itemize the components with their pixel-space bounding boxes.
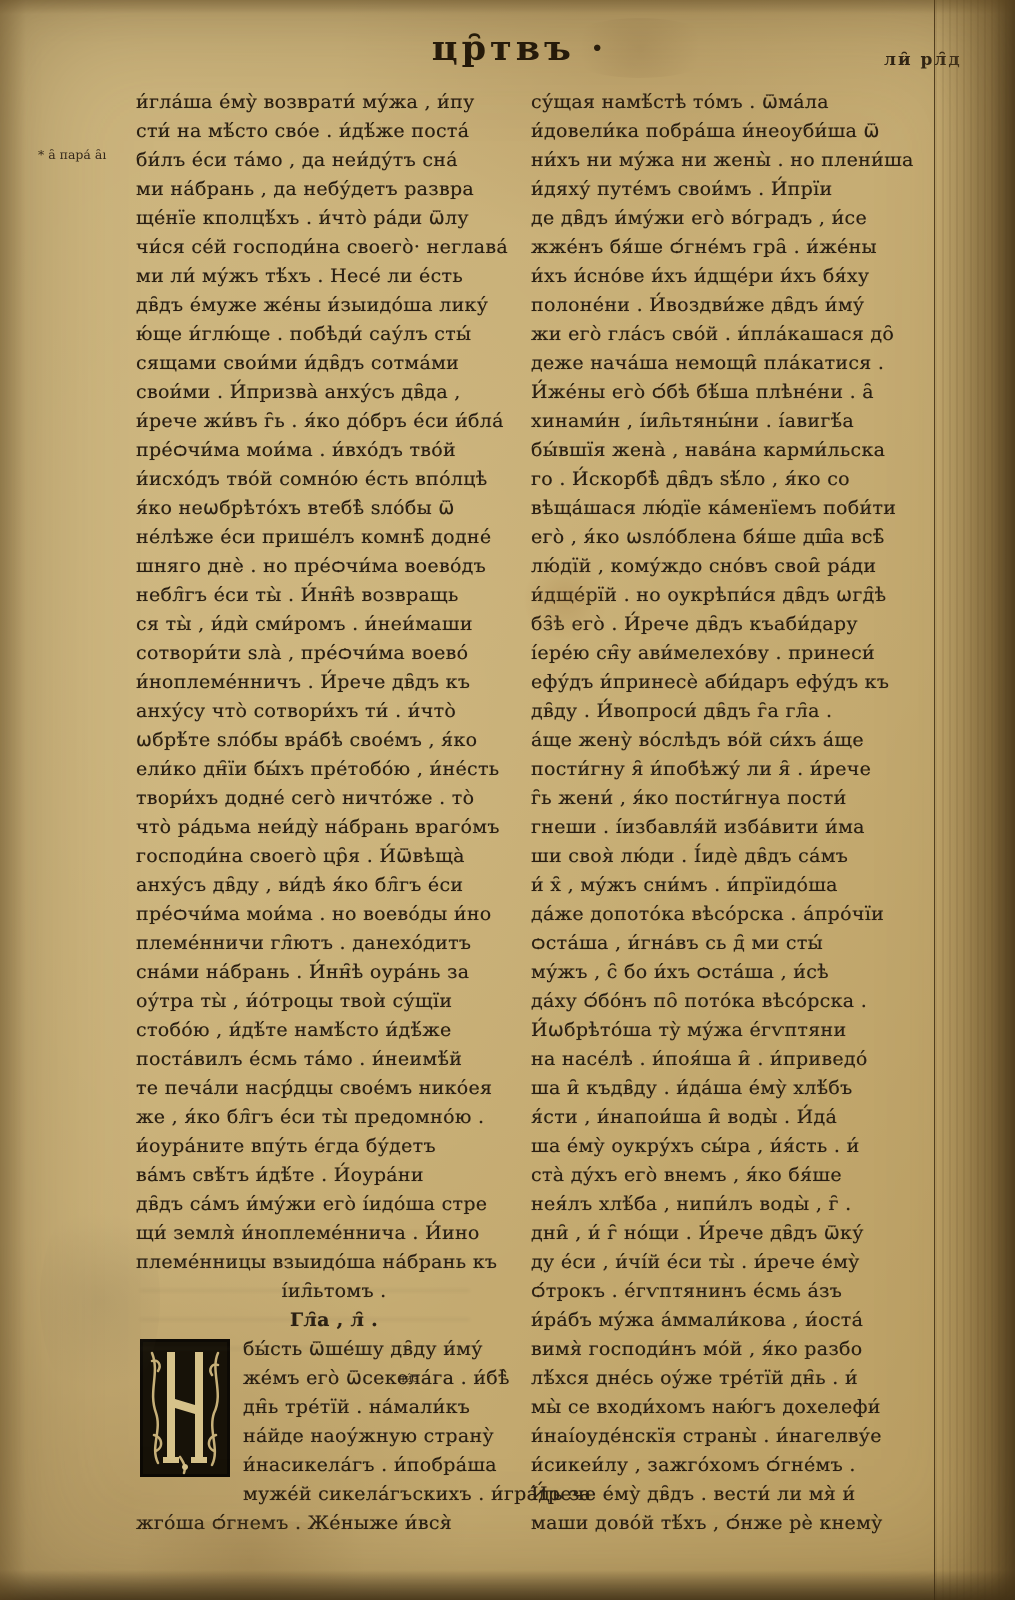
section-end-line: і́ил̑ьтомъ .	[136, 1277, 532, 1306]
text-column-left: и́гла́ша е́му̀ возврати́ му́жа , и́пусти…	[136, 88, 532, 1538]
text-line: племе́нничи гл̑ютъ . данехо́дитъ	[136, 929, 532, 958]
text-line: бз̑ѣ его̀ . И́рече дв̑дъ къаби́дару	[531, 610, 927, 639]
text-line: ѻ́трокъ . е́гѵптянинъ е́смь а́зъ	[531, 1277, 927, 1306]
text-line: шняго днѐ . но пре́ѻчи́ма воево́дъ	[136, 552, 532, 581]
text-line: ша и̑ къдв̑ду . и́да́ша е́му̀ хлѣ́бъ	[531, 1074, 927, 1103]
text-line: И́же́ны его̀ ѻ́бѣ бѣ́ша плѣне́ни . а̑	[531, 378, 927, 407]
text-line: ели́ко дн̑їи бы́хъ пре́тобо́ю , и́не́сть	[136, 755, 532, 784]
text-line: пре́ѻчи́ма мои́ма . но воево́ды и́но	[136, 900, 532, 929]
text-line: лѣ́хся дне́сь оу́же тре́тїй дн̑ь . и́	[531, 1364, 927, 1393]
text-line: ни́хъ ни му́жа ни жены̀ . но плени́ша	[531, 146, 927, 175]
text-line: небл̑гъ е́си ты̀ . И́нн̑ѣ возвращь	[136, 581, 532, 610]
text-line: ши своя̀ лю́ди . І́идѐ дв̑дъ са́мъ	[531, 842, 927, 871]
text-line: и́наі́оуде́нскїя страны̀ . и́нагелву́е	[531, 1422, 927, 1451]
text-line: жи его̀ гла́съ сво́й . и́пла́кашася до̑	[531, 320, 927, 349]
text-line: и́дяху́ путе́мъ свои́мъ . И́прїи	[531, 175, 927, 204]
text-line: муже́й сикела́гъскихъ . и́гра́дъ за	[136, 1480, 532, 1509]
text-line: ду е́си , и́чі́й е́си ты̀ . и́рече е́му̀	[531, 1248, 927, 1277]
page-edge-bottom	[0, 1570, 1015, 1600]
page-edge-right	[934, 0, 1015, 1600]
text-line: де дв̑дъ и́му́жи его̀ во́градъ , и́се	[531, 204, 927, 233]
text-line: и́гла́ша е́му̀ возврати́ му́жа , и́пу	[136, 88, 532, 117]
text-line: свои́ми . И́призва̀ анху́съ дв̑да ,	[136, 378, 532, 407]
right-column-lines: су́щая намѣ́стѣ то́мъ . ѿма́лаи́довели́к…	[531, 88, 927, 1538]
running-title: цр̑твъ ·	[12, 28, 1015, 69]
text-line: деже нача́ша немощи̑ пла́катися .	[531, 349, 927, 378]
text-line: лю́дїй , кому́ждо сно́въ свои̑ ра́ди	[531, 552, 927, 581]
text-line: сна́ми на́брань . И́нн̑ѣ оура́нь за	[136, 958, 532, 987]
text-line: вѣща́шася лю́дїе ка́менїемъ поби́ти	[531, 494, 927, 523]
text-line: я́ко неѡбрѣто́хъ втебѣ̀ ѕло́бы ѿ	[136, 494, 532, 523]
text-line: и́дще́рїй . но оукрѣпи́ся дв̑дъ ѡгд̑ѣ	[531, 581, 927, 610]
text-line: и́рече жи́въ г̑ь . я́ко до́бръ е́си и́бл…	[136, 407, 532, 436]
text-line: твори́хъ додне́ сего̀ ничто́же . то̀	[136, 784, 532, 813]
text-line: дв̑дъ са́мъ и́му́жи его̀ і́идо́ша стре	[136, 1190, 532, 1219]
text-line: племе́нницы взыидо́ша на́брань къ	[136, 1248, 532, 1277]
text-line: сящами свои́ми и́дв̑дъ сотма́ми	[136, 349, 532, 378]
margin-cross-reference: * а̑ пара́ а̑ı	[38, 147, 106, 162]
text-line: поста́вилъ е́смь та́мо . и́неимѣ́й	[136, 1045, 532, 1074]
text-line: ю́ще и́глю́ще . побѣди́ сау́лъ сты́	[136, 320, 532, 349]
page-edge-left	[0, 0, 26, 1600]
text-line: хинами́н , і́ил̑ьтяны́ни . і́авигѣ́а	[531, 407, 927, 436]
text-line: ста̀ ду́хъ его̀ внемъ , я́ко бя́ше	[531, 1161, 927, 1190]
text-line: и́ноплеме́нничъ . И́рече дв̑дъ къ	[136, 668, 532, 697]
text-line: сотвори́ти ѕла̀ , пре́ѻчи́ма воево́	[136, 639, 532, 668]
text-line: анху́су что̀ сотвори́хъ ти́ . и́что̀	[136, 697, 532, 726]
text-line: а́ще жену̀ во́слѣдъ во́й си́хъ а́ще	[531, 726, 927, 755]
text-line: и́довели́ка побра́ша и́неоуби́ша ѿ	[531, 117, 927, 146]
text-line: не́лѣже е́си прише́лъ комнѣ̑ додне́	[136, 523, 532, 552]
text-line: го . И́скорбѣ̀ дв̑дъ ѕѣ́ло , я́ко со	[531, 465, 927, 494]
text-line: да́же допото́ка вѣсо́рска . а́про́чїи	[531, 900, 927, 929]
text-line: господи́на своего̀ цр̑я . И́ѿвѣща̀	[136, 842, 532, 871]
text-line: да́ху ѻ́бо́нъ по̑ пото́ка вѣсо́рска .	[531, 987, 927, 1016]
text-line: полоне́ни . И́воздви́же дв̑дъ и́му́	[531, 291, 927, 320]
text-line: г̑ь жени́ , я́ко пости́гнуа пости́	[531, 784, 927, 813]
text-line: И́ѡбрѣто́ша ту̀ му́жа е́гѵптяни	[531, 1016, 927, 1045]
text-line: пре́ѻчи́ма мои́ма . и́вхо́дъ тво́й	[136, 436, 532, 465]
chapter-opening-paragraph: бы́сть ѿше́шу дв̑ду и́му́же́мъ его̀ ѿсек…	[136, 1335, 532, 1538]
text-line: вимя̀ господи́нъ мо́й , я́ко разбо	[531, 1335, 927, 1364]
text-line: и́сикеи́лу , зажго́хомъ ѻ́гне́мъ .	[531, 1451, 927, 1480]
text-line: мы̀ се входи́хомъ наю́гъ дохелефи́	[531, 1393, 927, 1422]
text-line: і́ере́ю сн̑у ави́мелехо́ву . принеси́	[531, 639, 927, 668]
text-line: ся ты̀ , и́дѝ сми́ромъ . и́неи́маши	[136, 610, 532, 639]
text-line: ми ли́ му́жъ тѣ́хъ . Несе́ ли е́сть	[136, 262, 532, 291]
text-line: щи́ земля̀ и́ноплеме́ннича . И́ино	[136, 1219, 532, 1248]
text-line: и́хъ и́сно́ве и́хъ и́дще́ри и́хъ бя́ху	[531, 262, 927, 291]
text-line: ще́нїе кполцѣ́хъ . и́что̀ ра́ди ѿлу	[136, 204, 532, 233]
text-line: су́щая намѣ́стѣ то́мъ . ѿма́ла	[531, 88, 927, 117]
text-line: я́сти , и́напои́ша и̑ воды̀ . И́да́	[531, 1103, 927, 1132]
folio-mark: ли̑ рл̑д	[884, 50, 962, 70]
text-column-right: су́щая намѣ́стѣ то́мъ . ѿма́лаи́довели́к…	[531, 88, 927, 1538]
text-line: нея́лъ хлѣ́ба , нипи́лъ воды̀ , г̑ .	[531, 1190, 927, 1219]
text-line: его̀ , я́ко ѡѕло́блена бя́ше дш̑а всѣ̑	[531, 523, 927, 552]
left-column-lines: и́гла́ша е́му̀ возврати́ му́жа , и́пусти…	[136, 88, 532, 1277]
text-line: и́оура́ните впу́ть е́гда бу́детъ	[136, 1132, 532, 1161]
text-line: и́ х̑ , му́жъ сни́мъ . и́прїидо́ша	[531, 871, 927, 900]
text-line: дв̑дъ е́муже же́ны и́зыидо́ша лику́	[136, 291, 532, 320]
text-line: оу́тра ты̀ , и́о́троцы твоѝ су́щїи	[136, 987, 532, 1016]
text-line: жже́нъ бя́ше ѻ́гне́мъ гра̑ . и́же́ны	[531, 233, 927, 262]
text-line: сти́ на мѣ́сто сво́е . и́дѣ́же поста́	[136, 117, 532, 146]
text-line: пости́гну я̑ и́побѣжу́ ли я̑ . и́рече	[531, 755, 927, 784]
text-line: что̀ ра́дьма неи́ду̀ на́брань враго́мъ	[136, 813, 532, 842]
text-line: и́исхо́дъ тво́й сомно́ю е́сть впо́лцѣ	[136, 465, 532, 494]
text-line: ѻста́ша , и́гна́въ сь д̑ ми сты́	[531, 929, 927, 958]
scanned-book-page: цр̑твъ · ли̑ рл̑д * а̑ пара́ а̑ı ли́з и́…	[0, 0, 1015, 1600]
text-line: бы́вшїя жена̀ , нава́на карми́льска	[531, 436, 927, 465]
paragraph-tail-lines: муже́й сикела́гъскихъ . и́гра́дъ зажго́ш…	[136, 1480, 532, 1538]
text-line: на насе́лѣ . и́поя́ша и̑ . и́приведо́	[531, 1045, 927, 1074]
text-line: ва́мъ свѣ́тъ и́дѣ́те . И́оура́ни	[136, 1161, 532, 1190]
text-line: маши дово́й тѣ́хъ , ѻ́нже рѐ кнему̀	[531, 1509, 927, 1538]
text-line: анху́съ дв̑ду , ви́дѣ я́ко бл̑гъ е́си	[136, 871, 532, 900]
text-line: дни̑ , и́ г̑ но́щи . И́рече дв̑дъ ѿку́	[531, 1219, 927, 1248]
text-line: дв̑ду . И́вопроси́ дв̑дъ г̑а гл̑а .	[531, 697, 927, 726]
text-line: жго́ша ѻ́гнемъ . Же́ныже и́вся̀	[136, 1509, 532, 1538]
text-line: стобо́ю , и́дѣ́те намѣ́сто и́дѣ́же	[136, 1016, 532, 1045]
chapter-heading: Гл̑а , л̑ .	[136, 1306, 532, 1335]
text-line: И́рече е́му̀ дв̑дъ . вести́ ли мя̀ и́	[531, 1480, 927, 1509]
text-line: гнеши . і́избавля́й изба́вити и́ма	[531, 813, 927, 842]
text-line: ми на́брань , да небу́детъ развра	[136, 175, 532, 204]
drop-cap-initial-woodcut	[140, 1339, 230, 1477]
text-line: и́ра́бъ му́жа а́ммали́кова , и́оста́	[531, 1306, 927, 1335]
text-line: те печа́ли наср́дцы свое́мъ нико́ея	[136, 1074, 532, 1103]
text-line: ефу́дъ и́принесѐ аби́даръ ефу́дъ къ	[531, 668, 927, 697]
text-line: би́лъ е́си та́мо , да неи́ду́тъ сна́	[136, 146, 532, 175]
text-line: ѡбрѣ́те ѕло́бы вра́бѣ свое́мъ , я́ко	[136, 726, 532, 755]
text-line: чи́ся се́й господи́на своего̀· неглава́	[136, 233, 532, 262]
text-line: му́жъ , с̑ бо и́хъ ѻста́ша , и́сѣ	[531, 958, 927, 987]
text-line: ша е́му̀ оукру́хъ сы́ра , и́я́сть . и́	[531, 1132, 927, 1161]
page-edge-top	[0, 0, 1015, 14]
text-line: же , я́ко бл̑гъ е́си ты̀ предомно́ю .	[136, 1103, 532, 1132]
